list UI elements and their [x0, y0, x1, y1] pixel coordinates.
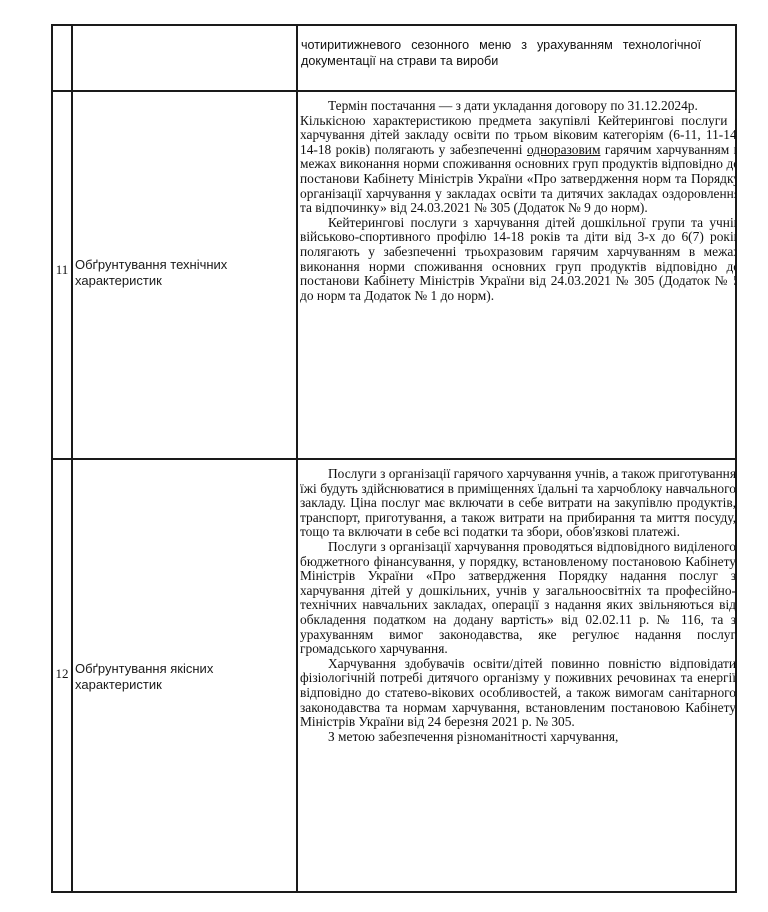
paragraph: Термін постачання — з дати укладання дог… [300, 99, 736, 114]
paragraph: чотиритижневого сезонного меню з урахува… [301, 37, 701, 69]
paragraph: З метою забезпечення різноманітності хар… [300, 730, 736, 745]
row-number: 12 [52, 667, 72, 681]
table-border-left [51, 24, 53, 893]
row-description: Послуги з організації гарячого харчуванн… [300, 467, 736, 891]
paragraph: Кейтерингові послуги з харчування дітей … [300, 216, 736, 304]
row-label: Обґрунтування технічних характеристик [75, 257, 275, 289]
paragraph: Послуги з організації гарячого харчуванн… [300, 467, 736, 540]
column-divider-number [71, 24, 73, 893]
row-separator-2 [51, 458, 737, 460]
row-separator-1 [51, 90, 737, 92]
row-description: Термін постачання — з дати укладання дог… [300, 99, 736, 457]
table-border-bottom [51, 891, 737, 893]
row-number: 11 [52, 263, 72, 277]
paragraph: Харчування здобувачів освіти/дітей повин… [300, 657, 736, 730]
row-label: Обґрунтування якісних характеристик [75, 661, 275, 693]
column-divider-label [296, 24, 298, 893]
underlined-term: одноразовим [527, 142, 601, 157]
table-border-top [51, 24, 737, 26]
document-page: чотиритижневого сезонного меню з урахува… [0, 0, 768, 912]
paragraph: Послуги з організації харчування проводя… [300, 540, 736, 657]
row-cont-description: чотиритижневого сезонного меню з урахува… [301, 37, 701, 69]
paragraph: Кількісною характеристикою предмета заку… [300, 114, 736, 216]
